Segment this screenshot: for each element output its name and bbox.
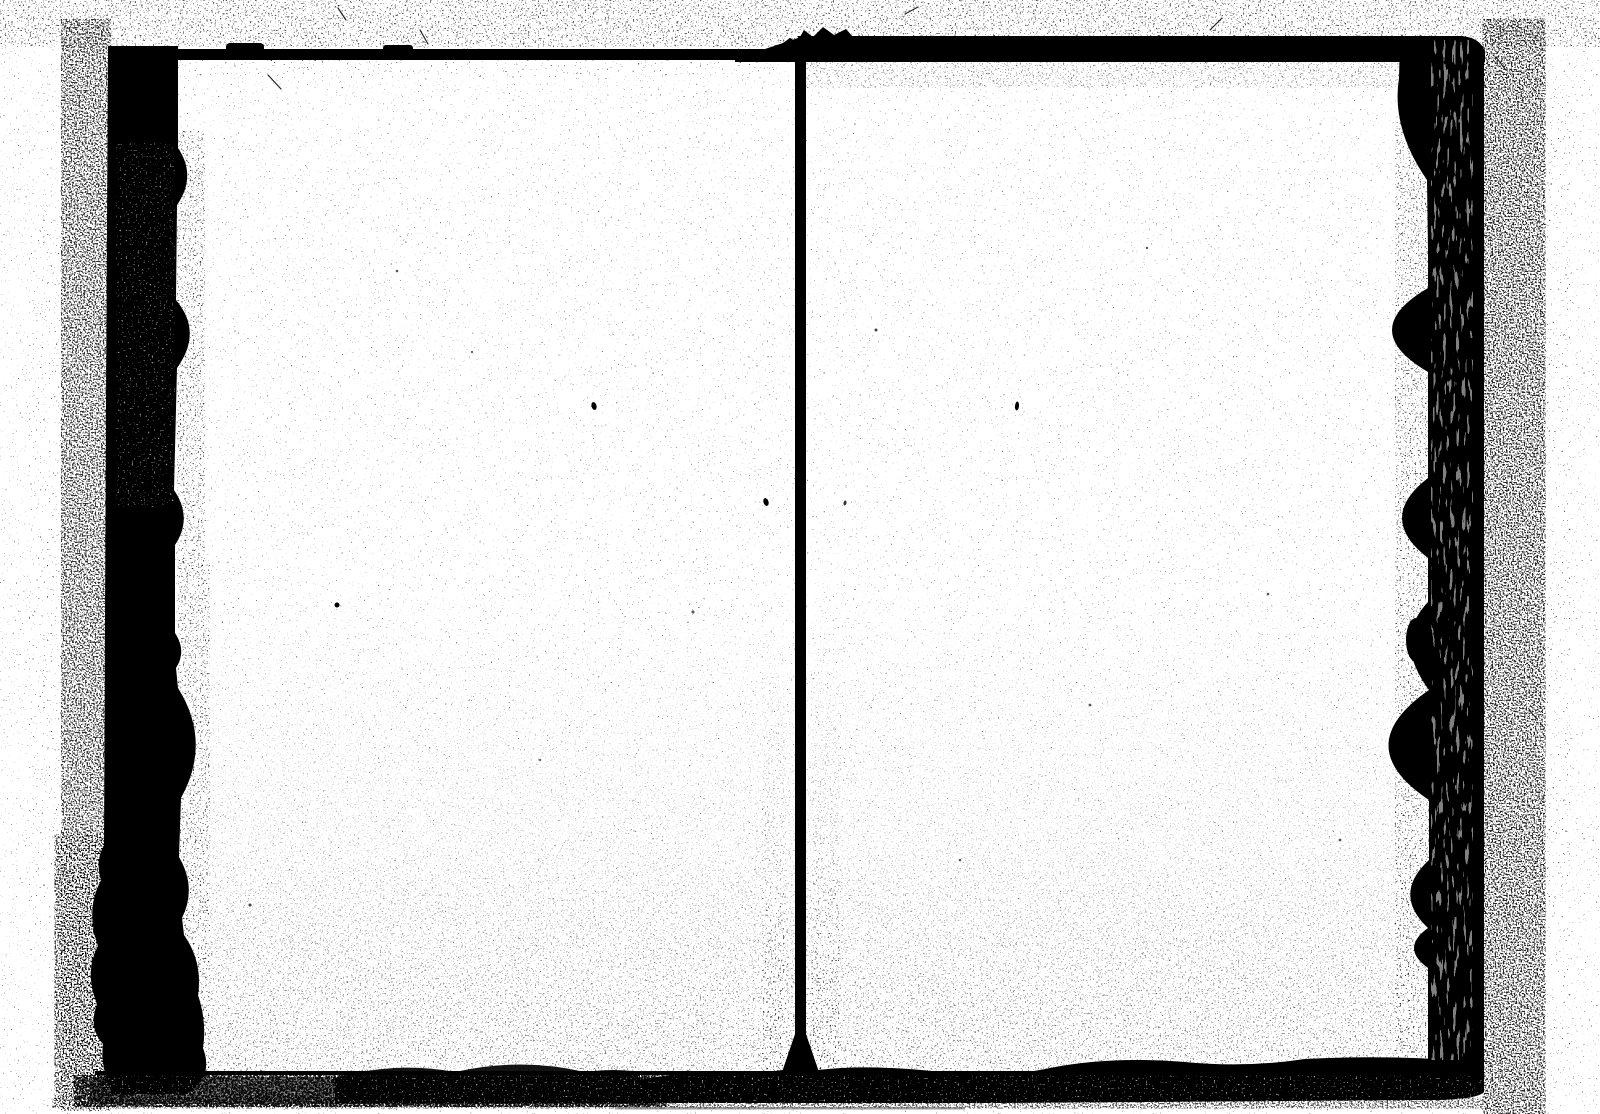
ink-speck	[249, 904, 252, 907]
ink-speck	[1146, 247, 1148, 249]
ink-speck	[335, 603, 340, 608]
ink-speck	[875, 329, 878, 332]
ink-speck	[471, 351, 473, 353]
ink-speck	[959, 859, 962, 862]
ink-speck	[692, 611, 695, 614]
book-scan-image	[0, 0, 1600, 1114]
ink-speck	[1267, 593, 1270, 596]
ink-speck	[539, 759, 541, 761]
ink-speck	[1089, 704, 1092, 707]
scan-border-top-right	[798, 36, 1485, 62]
ink-speck	[396, 270, 399, 273]
border-blob	[1406, 618, 1426, 662]
scan-edge-line	[615, 1107, 965, 1110]
ink-speck	[1339, 839, 1342, 842]
scan-canvas	[0, 0, 1600, 1114]
